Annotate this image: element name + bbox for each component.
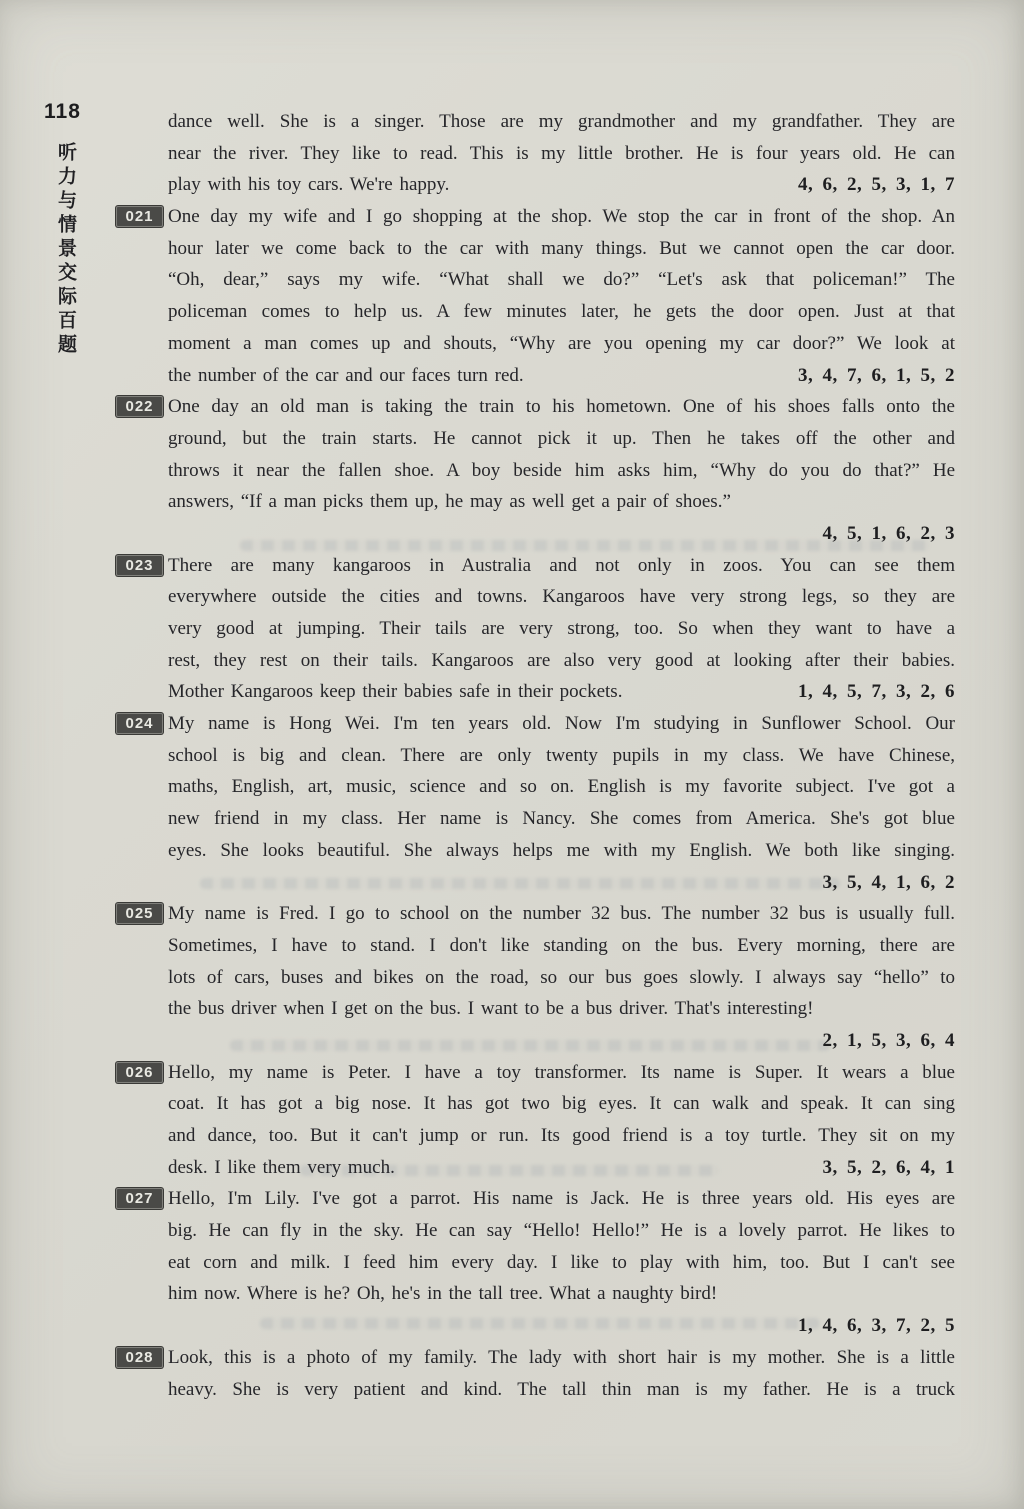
text-line: maths, English, art, music, science and … — [168, 771, 955, 803]
text-line: Sometimes, I have to stand. I don't like… — [168, 930, 955, 962]
answer-sequence: 3, 5, 4, 1, 6, 2 — [823, 872, 956, 893]
text-line: Look, this is a photo of my family. The … — [168, 1342, 955, 1374]
text-line: coat. It has got a big nose. It has got … — [168, 1088, 955, 1120]
text-line-with-answer: Mother Kangaroos keep their babies safe … — [168, 676, 955, 708]
text-line: There are many kangaroos in Australia an… — [168, 550, 955, 582]
section-number-badge: 028 — [116, 1347, 163, 1368]
section-024: 024My name is Hong Wei. I'm ten years ol… — [168, 708, 955, 898]
text-line: One day my wife and I go shopping at the… — [168, 201, 955, 233]
section-023: 023There are many kangaroos in Australia… — [168, 550, 955, 708]
text-line: ground, but the train starts. He cannot … — [168, 423, 955, 455]
text-line: and dance, too. But it can't jump or run… — [168, 1120, 955, 1152]
answer-sequence: 2, 1, 5, 3, 6, 4 — [823, 1030, 956, 1051]
text-line: dance well. She is a singer. Those are m… — [168, 106, 955, 138]
section-number-badge: 025 — [116, 903, 163, 924]
section-025: 025My name is Fred. I go to school on th… — [168, 898, 955, 1056]
text-line: very good at jumping. Their tails are ve… — [168, 613, 955, 645]
text-line: My name is Fred. I go to school on the n… — [168, 898, 955, 930]
answer-line: 3, 5, 4, 1, 6, 2 — [168, 867, 955, 899]
answer-line: 1, 4, 6, 3, 7, 2, 5 — [168, 1310, 955, 1342]
text-line: answers, “If a man picks them up, he may… — [168, 486, 955, 518]
section-number-badge: 022 — [116, 396, 163, 417]
text-line: him now. Where is he? Oh, he's in the ta… — [168, 1278, 955, 1310]
text-tail: desk. I like them very much. — [168, 1152, 395, 1184]
section-number-badge: 024 — [116, 713, 163, 734]
answer-sequence: 3, 4, 7, 6, 1, 5, 2 — [798, 360, 955, 392]
text-line: big. He can fly in the sky. He can say “… — [168, 1215, 955, 1247]
text-line: hour later we come back to the car with … — [168, 233, 955, 265]
text-line-with-answer: play with his toy cars. We're happy.4, 6… — [168, 169, 955, 201]
text-line: eyes. She looks beautiful. She always he… — [168, 835, 955, 867]
answer-line: 4, 5, 1, 6, 2, 3 — [168, 518, 955, 550]
answer-sequence: 3, 5, 2, 6, 4, 1 — [823, 1152, 956, 1184]
page-scan: 118 听力与情景交际百题 dance well. She is a singe… — [0, 0, 1024, 1509]
text-line: policeman comes to help us. A few minute… — [168, 296, 955, 328]
answer-sequence: 4, 5, 1, 6, 2, 3 — [823, 523, 956, 544]
text-line: rest, they rest on their tails. Kangaroo… — [168, 645, 955, 677]
answer-sequence: 1, 4, 6, 3, 7, 2, 5 — [798, 1315, 955, 1336]
answer-sequence: 4, 6, 2, 5, 3, 1, 7 — [798, 169, 955, 201]
text-line: moment a man comes up and shouts, “Why a… — [168, 328, 955, 360]
section-026: 026Hello, my name is Peter. I have a toy… — [168, 1057, 955, 1184]
section-number-badge: 023 — [116, 555, 163, 576]
page-number: 118 — [44, 100, 81, 124]
section-number-badge: 026 — [116, 1062, 163, 1083]
section-028: 028Look, this is a photo of my family. T… — [168, 1342, 955, 1405]
section-continued: dance well. She is a singer. Those are m… — [168, 106, 955, 201]
transcript-column: dance well. She is a singer. Those are m… — [168, 106, 955, 1405]
text-line: My name is Hong Wei. I'm ten years old. … — [168, 708, 955, 740]
text-line: lots of cars, buses and bikes on the roa… — [168, 962, 955, 994]
text-line: Hello, I'm Lily. I've got a parrot. His … — [168, 1183, 955, 1215]
section-022: 022One day an old man is taking the trai… — [168, 391, 955, 549]
section-021: 021One day my wife and I go shopping at … — [168, 201, 955, 391]
text-line: everywhere outside the cities and towns.… — [168, 581, 955, 613]
text-line: new friend in my class. Her name is Nanc… — [168, 803, 955, 835]
text-line: One day an old man is taking the train t… — [168, 391, 955, 423]
section-number-badge: 021 — [116, 206, 163, 227]
text-line: eat corn and milk. I feed him every day.… — [168, 1247, 955, 1279]
section-027: 027Hello, I'm Lily. I've got a parrot. H… — [168, 1183, 955, 1341]
text-line-with-answer: desk. I like them very much.3, 5, 2, 6, … — [168, 1152, 955, 1184]
text-line-with-answer: the number of the car and our faces turn… — [168, 360, 955, 392]
text-line: throws it near the fallen shoe. A boy be… — [168, 455, 955, 487]
text-line: the bus driver when I get on the bus. I … — [168, 993, 955, 1025]
text-tail: play with his toy cars. We're happy. — [168, 169, 449, 201]
sidebar-vertical-title: 听力与情景交际百题 — [52, 142, 79, 358]
text-tail: Mother Kangaroos keep their babies safe … — [168, 676, 622, 708]
text-line: “Oh, dear,” says my wife. “What shall we… — [168, 264, 955, 296]
text-line: Hello, my name is Peter. I have a toy tr… — [168, 1057, 955, 1089]
text-line: school is big and clean. There are only … — [168, 740, 955, 772]
answer-sequence: 1, 4, 5, 7, 3, 2, 6 — [798, 676, 955, 708]
text-line: heavy. She is very patient and kind. The… — [168, 1374, 955, 1406]
section-number-badge: 027 — [116, 1188, 163, 1209]
text-line: near the river. They like to read. This … — [168, 138, 955, 170]
text-tail: the number of the car and our faces turn… — [168, 360, 524, 392]
answer-line: 2, 1, 5, 3, 6, 4 — [168, 1025, 955, 1057]
